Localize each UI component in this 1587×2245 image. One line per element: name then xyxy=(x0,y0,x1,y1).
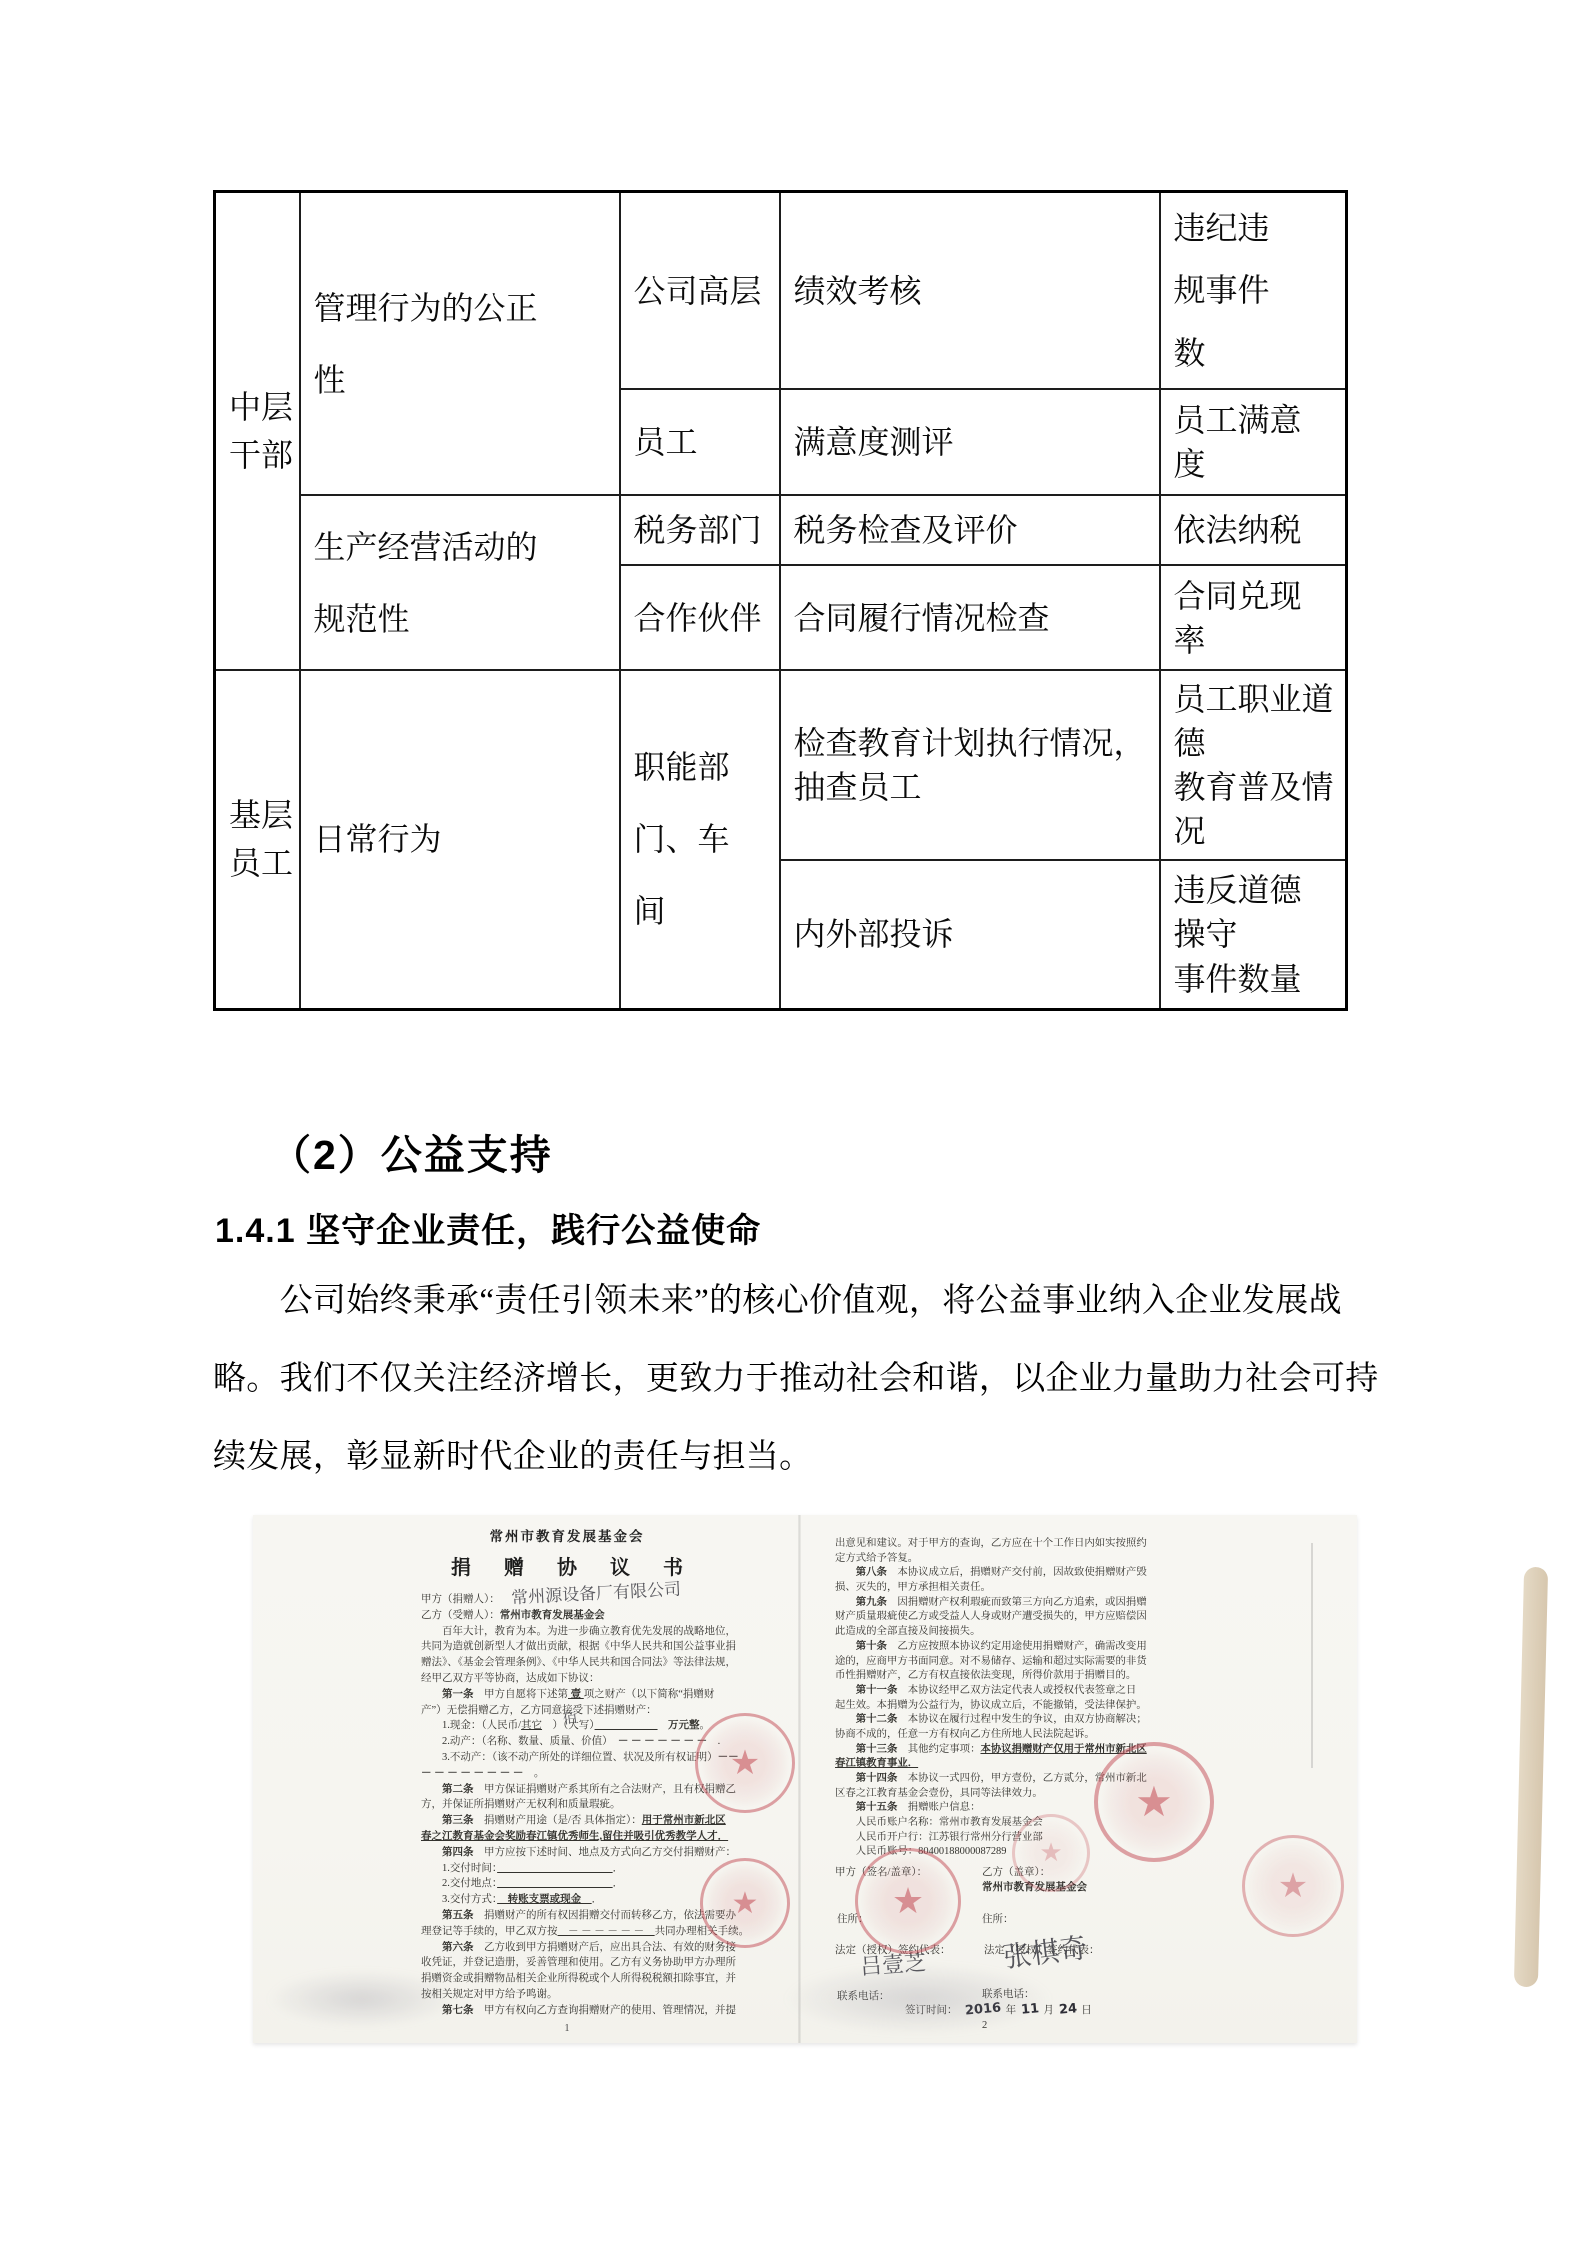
text-run: 第四条 xyxy=(442,1847,474,1858)
text-run: 春之江教育基金会奖励春江镇优秀师生,留住并吸引优秀教学人才． xyxy=(421,1831,728,1842)
agreement-line: 第十二条 本协议在履行过程中发生的争议，由双方协商解决； xyxy=(835,1713,1150,1728)
table-cell-indicator-satisfaction: 员工满意度 xyxy=(1160,389,1347,495)
text-run: 项之财产（以下简称“捐赠财 xyxy=(584,1689,715,1700)
table-row: 生产经营活动的规范性 税务部门 税务检查及评价 依法纳税 xyxy=(215,495,1347,565)
agreement-line: 赠法》、《基金会管理条例》、《中华人民共和国合同法》等法律法规， xyxy=(421,1655,713,1671)
text-run: 理登记等手续的，甲乙双方按 xyxy=(421,1926,558,1937)
paragraph-line: 公司始终秉承“责任引领未来”的核心价值观，将公益事业纳入企业发展战 xyxy=(213,1262,1383,1340)
text-run: ． xyxy=(613,1878,624,1889)
paragraph-line: 续发展，彰显新时代企业的责任与担当。 xyxy=(213,1418,1383,1496)
table-cell-subject-dept: 职能部门、车间 xyxy=(620,670,780,1009)
text-run xyxy=(835,1567,856,1578)
text-run: 3.交付方式： xyxy=(421,1894,497,1905)
cell-line: 基层 xyxy=(229,791,291,839)
cell-line: 员工 xyxy=(634,418,771,466)
red-seal-stamp-icon xyxy=(1242,1835,1344,1937)
agreement-line: 第四条 甲方应按下述时间、地点及方式向乙方交付捐赠财产： xyxy=(421,1845,713,1861)
agreement-left-text: 甲方（捐赠人）：乙方（受赠人）：常州市教育发展基金会 百年大计，教育为本。为进一… xyxy=(421,1592,713,2019)
body-paragraph: 公司始终秉承“责任引领未来”的核心价值观，将公益事业纳入企业发展战略。我们不仅关… xyxy=(213,1262,1383,1496)
text-run: 其它 xyxy=(521,1720,542,1731)
text-run xyxy=(421,1784,442,1795)
cell-line: 绩效考核 xyxy=(794,267,1151,315)
text-run xyxy=(835,1773,856,1784)
agreement-line: 捐赠资金或捐赠物品相关企业所得税或个人所得税税额扣除事宜，并 xyxy=(421,1971,713,1987)
red-seal-stamp-icon xyxy=(700,1858,790,1948)
text-run: 2.动产：（名称、数量、质量、价值） xyxy=(421,1736,607,1747)
section-heading: （2）公益支持 xyxy=(270,1122,553,1181)
agreement-line: 按相关规定对甲方给予鸣谢。 xyxy=(421,1987,713,2003)
text-run: 甲方应按下述时间、地点及方式向乙方交付捐赠财产： xyxy=(474,1847,737,1858)
cell-line: 职能部 xyxy=(634,731,771,803)
text-run: 乙方应按照本协议约定用途使用捐赠财产，确需改变用 xyxy=(887,1641,1147,1652)
cell-line: 内外部投诉 xyxy=(794,912,1151,956)
paragraph-line: 略。我们不仅关注经济增长，更致力于推动社会和谐，以企业力量助力社会可持 xyxy=(213,1340,1383,1418)
text-run: 1.交付时间： xyxy=(421,1863,497,1874)
cell-line: 教育普及情 xyxy=(1174,765,1338,809)
agreement-line: 损、灭失的，甲方承担相关责任。 xyxy=(835,1581,1150,1596)
text-run: 甲方保证捐赠财产系其所有之合法财产，且有权捐赠乙 xyxy=(474,1784,737,1795)
text-run: 本协议成立后，捐赠财产交付前，因故致使捐赠财产毁 xyxy=(887,1567,1147,1578)
text-run: 转账支票或现金 xyxy=(497,1894,592,1905)
agreement-line: 起生效。本捐赠为公益行为，协议成立后，不能撤销，受法律保护。 xyxy=(835,1699,1150,1714)
text-run: ． xyxy=(613,1863,624,1874)
text-run: 常州市教育发展基金会 xyxy=(500,1610,605,1621)
cell-line: 管理行为的公正 xyxy=(314,272,611,344)
text-run xyxy=(421,1910,442,1921)
table-cell-indicator-moral: 违反道德操守事件数量 xyxy=(1160,860,1347,1009)
cell-line: 事件数量 xyxy=(1174,957,1338,1001)
cell-line: 规事件 xyxy=(1174,259,1338,321)
donation-agreement-scan: 常州市教育发展基金会 捐 赠 协 议 书 甲方（捐赠人）：乙方（受赠人）：常州市… xyxy=(253,1515,1560,2045)
cell-line: 性 xyxy=(314,344,611,416)
text-run: 因捐赠财产权利瑕疵而致第三方向乙方追索，或因捐赠 xyxy=(887,1597,1147,1608)
table-cell-indicator-violation: 违纪违规事件数 xyxy=(1160,192,1347,390)
table-cell-indicator-ethics: 员工职业道德教育普及情况 xyxy=(1160,670,1347,860)
text-run: 春江镇教育事业． xyxy=(835,1758,918,1769)
date-part: 24 xyxy=(1058,2001,1077,2018)
table-cell-method-contract: 合同履行情况检查 xyxy=(780,565,1160,670)
table-row: 基层员工 日常行为 职能部门、车间 检查教育计划执行情况，抽查员工 员工职业道德… xyxy=(215,670,1347,860)
scan-smudge xyxy=(267,1970,457,2028)
scan-page-seam xyxy=(798,1515,801,2043)
text-run xyxy=(421,1815,442,1826)
text-run: 第二条 xyxy=(442,1784,474,1795)
address-b-label: 住所： xyxy=(982,1911,1014,1926)
agreement-line: 百年大计，教育为本。为进一步确立教育优先发展的战略地位， xyxy=(421,1624,713,1640)
text-run: 乙方收到甲方捐赠财产后，应出具合法、有效的财务接 xyxy=(474,1942,737,1953)
text-run: － － － － － － － － xyxy=(421,1768,534,1779)
text-run: 。 xyxy=(534,1768,545,1779)
text-run: 第十四条 xyxy=(856,1773,898,1784)
table-cell-method-taxcheck: 税务检查及评价 xyxy=(780,495,1160,565)
table-cell-subject-tax: 税务部门 xyxy=(620,495,780,565)
text-run xyxy=(421,1847,442,1858)
text-run xyxy=(835,1641,856,1652)
cell-line: 满意度测评 xyxy=(794,418,1151,466)
agreement-line: － － － － － － － － 。 xyxy=(421,1766,713,1782)
text-run xyxy=(658,1720,669,1731)
agreement-line: 财产质量瑕疵使乙方或受益人人身或财产遭受损失的，甲方应赔偿因 xyxy=(835,1610,1150,1625)
cell-line: 干部 xyxy=(229,431,291,479)
table-cell-object-middle: 中层干部 xyxy=(215,192,300,671)
cell-line: 率 xyxy=(1174,618,1338,662)
text-run: 甲方自愿将下述第 xyxy=(474,1689,569,1700)
text-run: 第十一条 xyxy=(856,1685,898,1696)
cell-line: 门、车 xyxy=(634,803,771,875)
text-run: 第五条 xyxy=(442,1910,474,1921)
text-run: 第十五条 xyxy=(856,1802,898,1813)
agreement-line: 第八条 本协议成立后，捐赠财产交付前，因故致使捐赠财产毁 xyxy=(835,1566,1150,1581)
table-row: 中层干部 管理行为的公正性 公司高层 绩效考核 违纪违规事件数 xyxy=(215,192,1347,390)
agreement-line: 2.交付地点： ． xyxy=(421,1876,713,1892)
cell-line: 日常行为 xyxy=(314,815,611,863)
cell-line: 中层 xyxy=(229,383,291,431)
agreement-line: 1.交付时间： ． xyxy=(421,1861,713,1877)
text-run: 乙方（受赠人）： xyxy=(421,1610,500,1621)
text-run xyxy=(835,1744,856,1755)
table-cell-subject-top: 公司高层 xyxy=(620,192,780,390)
text-run: 甲方有权向乙方查询捐赠财产的使用、管理情况，并提 xyxy=(474,2005,737,2016)
cell-line: 操守 xyxy=(1174,912,1338,956)
table-cell-indicator-fulfill: 合同兑现率 xyxy=(1160,565,1347,670)
text-run: 2.交付地点： xyxy=(421,1878,497,1889)
agreement-line: 收凭证，并登记造册，妥善管理和使用。乙方有义务协助甲方办理所 xyxy=(421,1955,713,1971)
agreement-line: 3.不动产：（该不动产所处的详细位置、状况及所有权证明）－－ xyxy=(421,1750,713,1766)
cell-line: 检查教育计划执行情况， xyxy=(794,721,1151,765)
table-cell-method-education: 检查教育计划执行情况，抽查员工 xyxy=(780,670,1160,860)
text-run xyxy=(835,1802,856,1813)
cell-line: 合同履行情况检查 xyxy=(794,594,1151,642)
text-run xyxy=(421,1942,442,1953)
table-cell-content-daily: 日常行为 xyxy=(300,670,620,1009)
text-run: 第六条 xyxy=(442,1942,474,1953)
cell-line: 公司高层 xyxy=(634,267,771,315)
agreement-line: 第十一条 本协议经甲乙双方法定代表人或授权代表签章之日 xyxy=(835,1684,1150,1699)
agreement-line: 第一条 甲方自愿将下述第 壹 项之财产（以下简称“捐赠财 xyxy=(421,1687,713,1703)
table-cell-object-base: 基层员工 xyxy=(215,670,300,1009)
text-run: 第十三条 xyxy=(856,1744,898,1755)
cell-line: 间 xyxy=(634,875,771,947)
agreement-line: 第十三条 其他约定事项：本协议捐赠财产仅用于常州市新北区 xyxy=(835,1743,1150,1758)
agreement-line: 3.交付方式： 转账支票或现金 ． xyxy=(421,1892,713,1908)
agreement-line: 共同为造就创新型人才做出贡献，根据《中华人民共和国公益事业捐 xyxy=(421,1639,713,1655)
text-run: 本协议在履行过程中发生的争议，由双方协商解决； xyxy=(897,1714,1146,1725)
agreement-line: 第六条 乙方收到甲方捐赠财产后，应出具合法、有效的财务接 xyxy=(421,1940,713,1956)
handwritten-amount: 佰 xyxy=(562,1707,579,1729)
text-run: 第九条 xyxy=(856,1597,887,1608)
cell-line: 规范性 xyxy=(314,583,611,655)
cell-line: 税务检查及评价 xyxy=(794,506,1151,554)
cell-line: 德 xyxy=(1174,721,1338,765)
red-seal-stamp-icon xyxy=(855,1848,961,1954)
text-run: 捐赠财产用途（是/否 具体指定）： xyxy=(474,1815,642,1826)
foundation-name-title: 常州市教育发展基金会 xyxy=(421,1525,713,1545)
table-cell-content-operation: 生产经营活动的规范性 xyxy=(300,495,620,670)
agreement-line: 第七条 甲方有权向乙方查询捐赠财产的使用、管理情况，并提 xyxy=(421,2003,713,2019)
agreement-line: 方，并保证所捐赠财产无权利和质量瑕疵。 xyxy=(421,1797,713,1813)
cell-line: 员工职业道 xyxy=(1174,677,1338,721)
agreement-line: 第五条 捐赠财产的所有权因捐赠交付而转移乙方，依法需要办 xyxy=(421,1908,713,1924)
agreement-line: 乙方（受赠人）：常州市教育发展基金会 xyxy=(421,1608,713,1624)
table-cell-subject-employee: 员工 xyxy=(620,389,780,495)
text-run: 第三条 xyxy=(442,1815,474,1826)
text-run: 第十条 xyxy=(856,1641,887,1652)
text-run xyxy=(835,1714,856,1725)
text-run: 第一条 xyxy=(442,1689,474,1700)
cell-line: 税务部门 xyxy=(634,506,771,554)
text-run: 万元整 xyxy=(668,1720,700,1731)
text-run xyxy=(497,1878,613,1889)
agreement-line: 此造成的全部直接及间接损失。 xyxy=(835,1625,1150,1640)
agreement-line: 定方式给予答复。 xyxy=(835,1552,1150,1567)
section-subheading: 1.4.1 坚守企业责任，践行公益使命 xyxy=(215,1203,761,1252)
cell-line: 员工满意 xyxy=(1174,398,1338,442)
agreement-line: 经甲乙双方平等协商，达成如下协议： xyxy=(421,1671,713,1687)
text-run: 其他约定事项： xyxy=(897,1744,980,1755)
agreement-line: 第十条 乙方应按照本协议约定用途使用捐赠财产，确需改变用 xyxy=(835,1640,1150,1655)
left-page-number: 1 xyxy=(421,2023,713,2034)
cell-line: 合同兑现 xyxy=(1174,574,1338,618)
text-run: 第八条 xyxy=(856,1567,887,1578)
agreement-line: 出意见和建议。对于甲方的查询，乙方应在十个工作日内如实按照约 xyxy=(835,1537,1150,1552)
agreement-line: 2.动产：（名称、数量、质量、价值） － － － － － － － . xyxy=(421,1734,713,1750)
scan-page-edge-line xyxy=(1311,1543,1313,1768)
underlying-page-edge xyxy=(1514,1567,1548,1987)
text-run xyxy=(835,1685,856,1696)
table-cell-method-complaint: 内外部投诉 xyxy=(780,860,1160,1009)
scan-smudge xyxy=(783,1963,1053,2035)
cell-line: 况 xyxy=(1174,809,1338,853)
cell-line: 依法纳税 xyxy=(1174,506,1338,554)
agreement-line: 春之江教育基金会奖励春江镇优秀师生,留住并吸引优秀教学人才． xyxy=(421,1829,713,1845)
text-run: 捐赠财产的所有权因捐赠交付而转移乙方，依法需要办 xyxy=(474,1910,737,1921)
text-run: 1.现金：（人民币/ xyxy=(421,1720,521,1731)
agreement-line: 第九条 因捐赠财产权利瑕疵而致第三方向乙方追索，或因捐赠 xyxy=(835,1596,1150,1611)
text-run: ． xyxy=(592,1894,603,1905)
date-part: 日 xyxy=(1079,2005,1092,2016)
agreement-line: 第二条 甲方保证捐赠财产系其所有之合法财产，且有权捐赠乙 xyxy=(421,1782,713,1798)
agreement-line: 币性捐赠财产，乙方有权直接依法变现，所得价款用于捐赠目的。 xyxy=(835,1669,1150,1684)
text-run: 3.不动产：（该不动产所处的详细位置、状况及所有权证明） xyxy=(421,1752,718,1763)
text-run xyxy=(595,1720,658,1731)
cell-line: 违纪违 xyxy=(1174,197,1338,259)
agreement-line: 协商不成的，任意一方有权向乙方住所地人民法院起诉。 xyxy=(835,1728,1150,1743)
assessment-table: 中层干部 管理行为的公正性 公司高层 绩效考核 违纪违规事件数 员工 满意度测评… xyxy=(213,190,1348,1011)
text-run xyxy=(835,1597,856,1608)
cell-line: 生产经营活动的 xyxy=(314,511,611,583)
table-cell-method-performance: 绩效考核 xyxy=(780,192,1160,390)
agreement-line: 途的，应商甲方书面同意。对不易储存、运输和超过实际需要的非货 xyxy=(835,1655,1150,1670)
text-run: － － － － － － xyxy=(558,1926,655,1937)
cell-line: 员工 xyxy=(229,839,291,887)
text-run: 用于常州市新北区 xyxy=(642,1815,726,1826)
table-cell-indicator-taxlaw: 依法纳税 xyxy=(1160,495,1347,565)
text-run: 壹 xyxy=(568,1689,584,1700)
text-run xyxy=(421,1689,442,1700)
agreement-line: 第三条 捐赠财产用途（是/否 具体指定）：用于常州市新北区 xyxy=(421,1813,713,1829)
text-run: 第十二条 xyxy=(856,1714,898,1725)
table-cell-content-fairness: 管理行为的公正性 xyxy=(300,192,620,496)
cell-line: 合作伙伴 xyxy=(634,594,771,642)
red-seal-stamp-icon xyxy=(1094,1742,1214,1862)
red-seal-stamp-icon xyxy=(695,1713,795,1813)
cell-line: 违反道德 xyxy=(1174,868,1338,912)
text-run: 本协议经甲乙双方法定代表人或授权代表签章之日 xyxy=(897,1685,1136,1696)
table-cell-subject-partner: 合作伙伴 xyxy=(620,565,780,670)
text-run xyxy=(497,1863,613,1874)
text-run: 捐赠账户信息： xyxy=(897,1802,980,1813)
table-cell-method-satisfaction: 满意度测评 xyxy=(780,389,1160,495)
agreement-line: 理登记等手续的，甲乙双方按 － － － － － － 共同办理相关手续。 xyxy=(421,1924,713,1940)
cell-line: 度 xyxy=(1174,442,1338,486)
cell-line: 数 xyxy=(1174,322,1338,384)
red-seal-stamp-icon xyxy=(1012,1814,1090,1892)
cell-line: 抽查员工 xyxy=(794,765,1151,809)
